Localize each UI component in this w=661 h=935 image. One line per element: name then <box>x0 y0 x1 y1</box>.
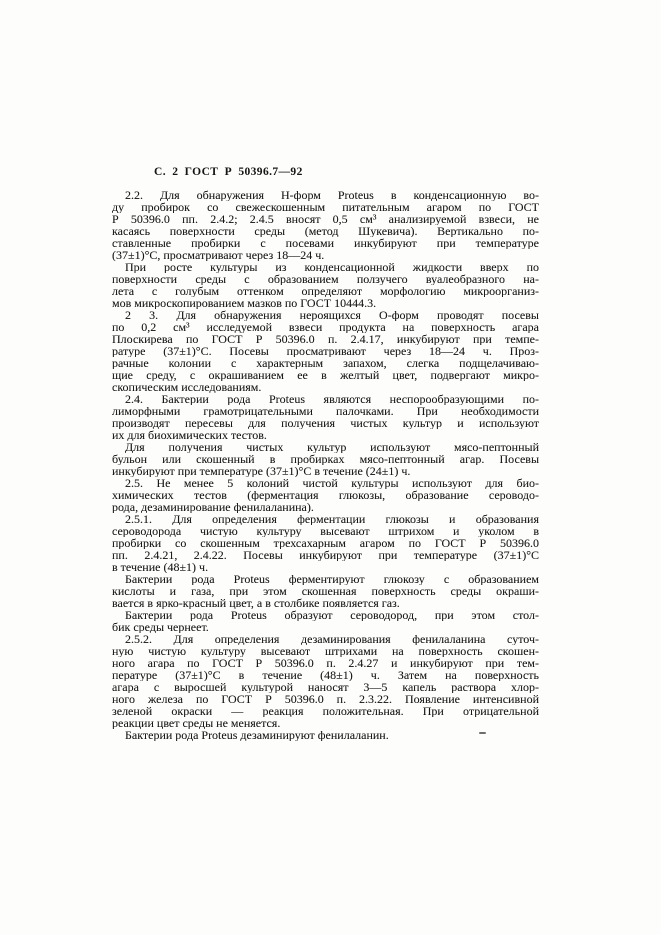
text-line: ставленные пробирки с посевами инкубирую… <box>112 237 539 249</box>
text-line: Бактерии рода Proteus ферментируют глюко… <box>112 573 539 585</box>
text-line: зеленой окраски — реакция положительная.… <box>112 705 539 717</box>
body-text: 2.2. Для обнаружения Н-форм Proteus в ко… <box>112 189 539 741</box>
text-line: При росте культуры из конденсационной жи… <box>112 261 539 273</box>
text-line: кислоты и газа, при этом скошенная повер… <box>112 585 539 597</box>
text-line: пп. 2.4.21, 2.4.22. Посевы инкубируют пр… <box>112 549 539 561</box>
text-line: скопическим исследованиям. <box>112 381 539 393</box>
text-line: пературе (37±1)°С в течение (48±1) ч. За… <box>112 669 539 681</box>
text-line: рода, дезаминирование фенилаланина). <box>112 501 539 513</box>
text-line: Бактерии рода Proteus образуют сероводор… <box>112 609 539 621</box>
text-line: Плоскирева по ГОСТ Р 50396.0 п. 2.4.17, … <box>112 333 539 345</box>
text-line: 2.5. Не менее 5 колоний чистой культуры … <box>112 477 539 489</box>
scanned-page: С. 2 ГОСТ Р 50396.7—92 2.2. Для обнаруже… <box>0 0 661 935</box>
text-line: инкубируют при температуре (37±1)°С в те… <box>112 465 539 477</box>
text-line: в течение (48±1) ч. <box>112 561 539 573</box>
text-line: бульон или скошенный в пробирках мясо-пе… <box>112 453 539 465</box>
text-line: поверхности среды с образованием ползуче… <box>112 273 539 285</box>
text-line: рачные колонии с характерным запахом, сл… <box>112 357 539 369</box>
text-line: сероводорода чистую культуру высевают шт… <box>112 525 539 537</box>
scan-artifact-dash <box>479 732 486 734</box>
text-line: производят пересевы для получения чистых… <box>112 417 539 429</box>
text-line: ного агара по ГОСТ Р 50396.0 п. 2.4.27 и… <box>112 657 539 669</box>
text-line: их для биохимических тестов. <box>112 429 539 441</box>
text-line: Бактерии рода Proteus дезаминируют фенил… <box>112 729 539 741</box>
text-line: мов микроскопированием мазков по ГОСТ 10… <box>112 297 539 309</box>
text-line: Для получения чистых культур используют … <box>112 441 539 453</box>
text-line: 2.2. Для обнаружения Н-форм Proteus в ко… <box>112 189 539 201</box>
text-line: касаясь поверхности среды (метод Шукевич… <box>112 225 539 237</box>
text-line: 2 3. Для обнаружения нероящихся О-форм п… <box>112 309 539 321</box>
text-line: 2.4. Бактерии рода Proteus являются несп… <box>112 393 539 405</box>
text-line: 2.5.1. Для определения ферментации глюко… <box>112 513 539 525</box>
text-line: по 0,2 см³ исследуемой взвеси продукта н… <box>112 321 539 333</box>
text-line: бик среды чернеет. <box>112 621 539 633</box>
text-line: лета с голубым оттенком определяют морфо… <box>112 285 539 297</box>
text-line: (37±1)°С, просматривают через 18—24 ч. <box>112 249 539 261</box>
text-line: ду пробирок со свежескошенным питательны… <box>112 201 539 213</box>
text-line: ного железа по ГОСТ Р 50396.0 п. 2.3.22.… <box>112 693 539 705</box>
text-line: реакции цвет среды не меняется. <box>112 717 539 729</box>
text-line: ратуре (37±1)°С. Посевы просматривают че… <box>112 345 539 357</box>
text-line: Р 50396.0 пп. 2.4.2; 2.4.5 вносят 0,5 см… <box>112 213 539 225</box>
running-head: С. 2 ГОСТ Р 50396.7—92 <box>154 166 303 178</box>
text-line: вается в ярко-красный цвет, а в столбике… <box>112 597 539 609</box>
text-line: 2.5.2. Для определения дезаминирования ф… <box>112 633 539 645</box>
text-line: агара с выросшей культурой наносят 3—5 к… <box>112 681 539 693</box>
text-line: лиморфными грамотрицательными палочками.… <box>112 405 539 417</box>
text-line: ную чистую культуру высевают штрихами на… <box>112 645 539 657</box>
text-line: щие среду, с окрашиванием ее в желтый цв… <box>112 369 539 381</box>
text-line: пробирки со скошенным трехсахарным агаро… <box>112 537 539 549</box>
text-line: химических тестов (ферментация глюкозы, … <box>112 489 539 501</box>
